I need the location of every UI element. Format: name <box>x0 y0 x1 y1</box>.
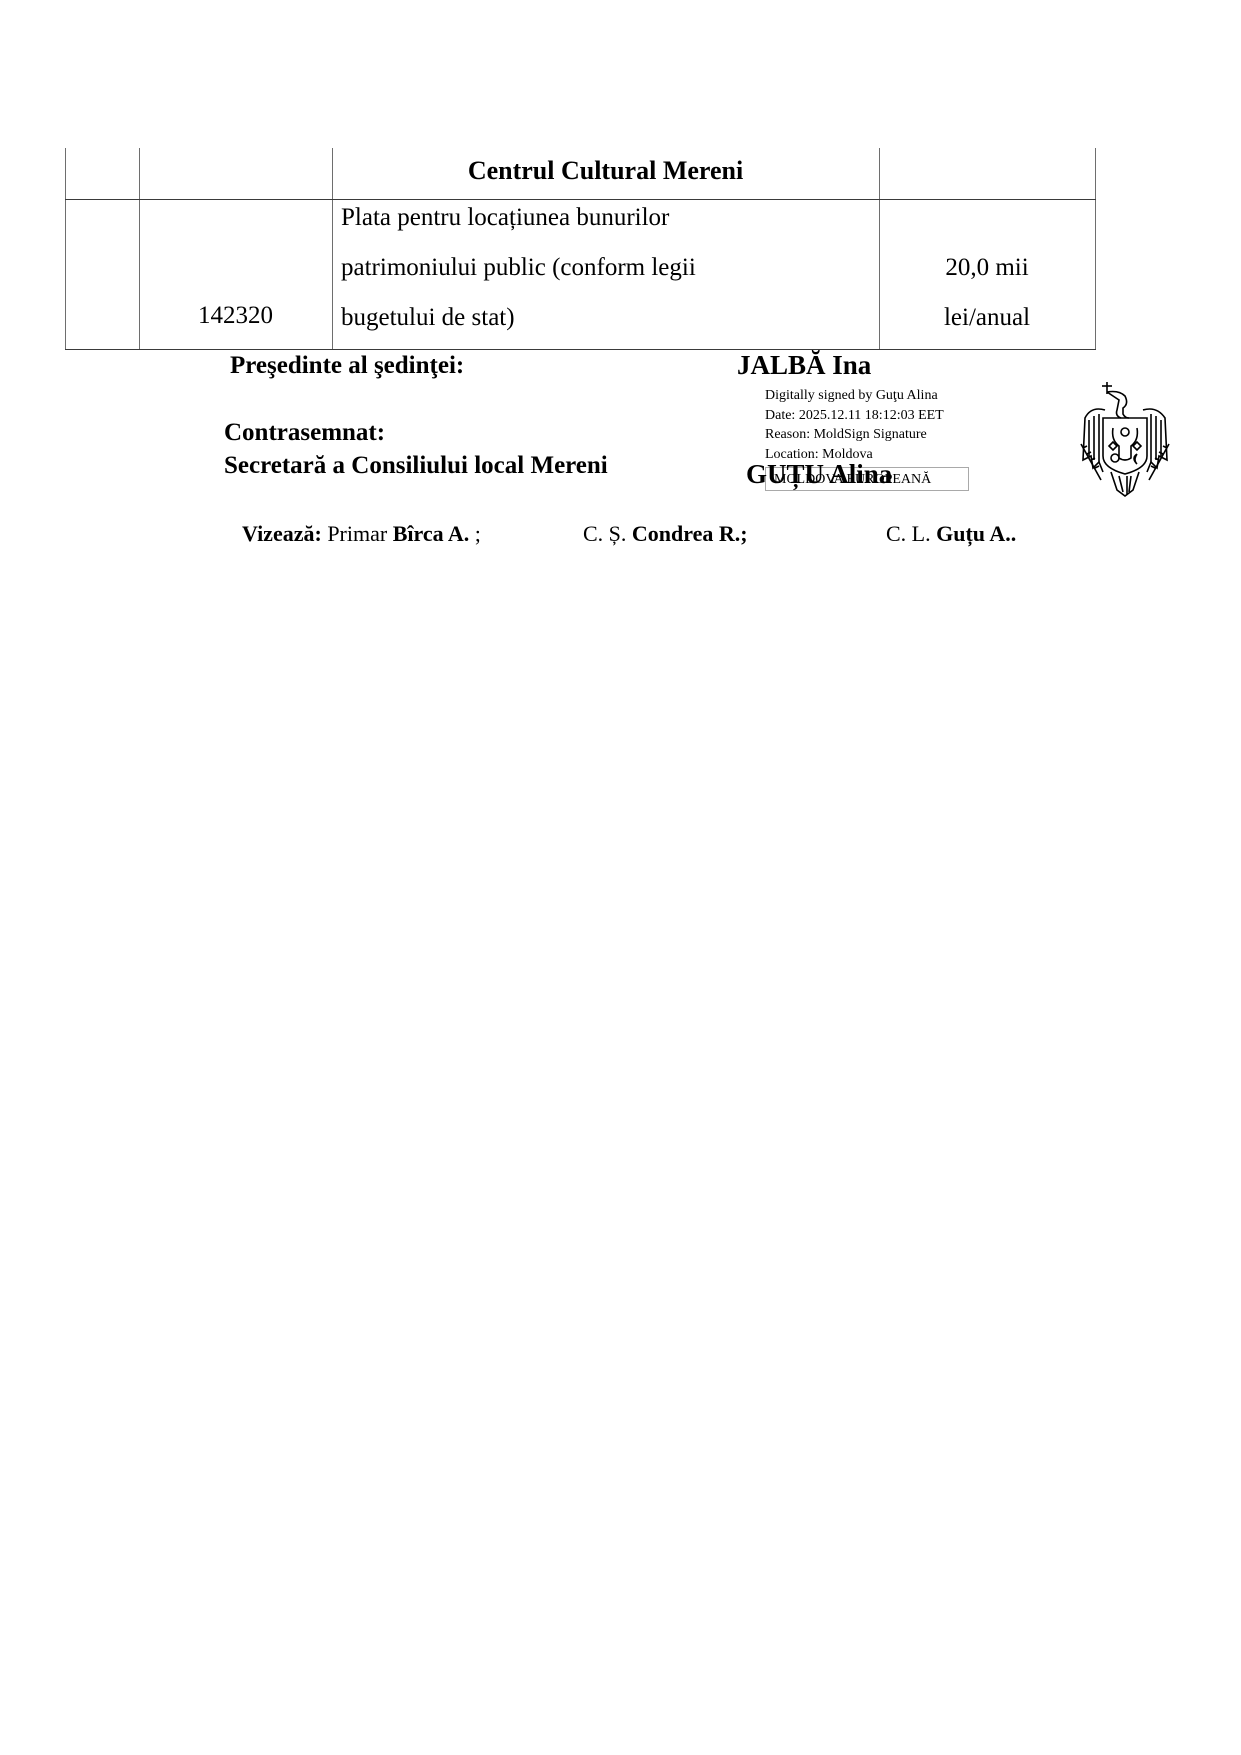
description-line: patrimoniului public (conform legii <box>341 243 881 293</box>
countersign-label: Contrasemnat: <box>224 419 385 447</box>
moldova-coat-of-arms-icon <box>1077 380 1173 498</box>
budget-table: Centrul Cultural Mereni 142320 Plata pen… <box>65 148 1096 350</box>
table-cell-amount: 20,0 mii lei/anual <box>879 243 1095 343</box>
secretary-name: GUȚU Alina <box>746 459 892 490</box>
signature-date: Date: 2025.12.11 18:12:03 EET <box>765 406 944 426</box>
approval-name: Bîrca A. <box>393 521 470 546</box>
approvals-label: Vizează: <box>242 521 322 546</box>
approval-item: C. Ș. Condrea R.; <box>583 521 748 547</box>
approval-role: C. L. <box>886 521 936 546</box>
approval-role: Primar <box>322 521 393 546</box>
amount-line: 20,0 mii <box>879 243 1095 293</box>
approval-name: Guțu A.. <box>936 521 1016 546</box>
approval-suffix: ; <box>469 521 481 546</box>
signature-reason: Reason: MoldSign Signature <box>765 425 944 445</box>
approval-item: C. L. Guțu A.. <box>886 521 1016 547</box>
secretary-label: Secretară a Consiliului local Mereni <box>224 452 608 480</box>
description-line: Plata pentru locațiunea bunurilor <box>341 193 881 243</box>
table-border-right <box>1095 148 1096 350</box>
table-cell-code: 142320 <box>139 291 332 341</box>
table-border-bottom <box>65 349 1096 350</box>
table-cell-description: Plata pentru locațiunea bunurilor patrim… <box>341 193 881 343</box>
amount-line: lei/anual <box>879 293 1095 343</box>
table-border-left <box>65 148 66 350</box>
approvals-line: Vizează: Primar Bîrca A. ; <box>242 521 481 547</box>
table-row-section-title: Centrul Cultural Mereni <box>332 148 879 194</box>
digital-signature-info: Digitally signed by Guţu Alina Date: 202… <box>765 386 944 464</box>
signed-by: Digitally signed by Guţu Alina <box>765 386 944 406</box>
description-line: bugetului de stat) <box>341 293 881 343</box>
president-name: JALBĂ Ina <box>737 350 871 381</box>
approval-role: C. Ș. <box>583 521 632 546</box>
president-label: Preşedinte al şedinţei: <box>230 352 464 380</box>
approval-name: Condrea R.; <box>632 521 748 546</box>
